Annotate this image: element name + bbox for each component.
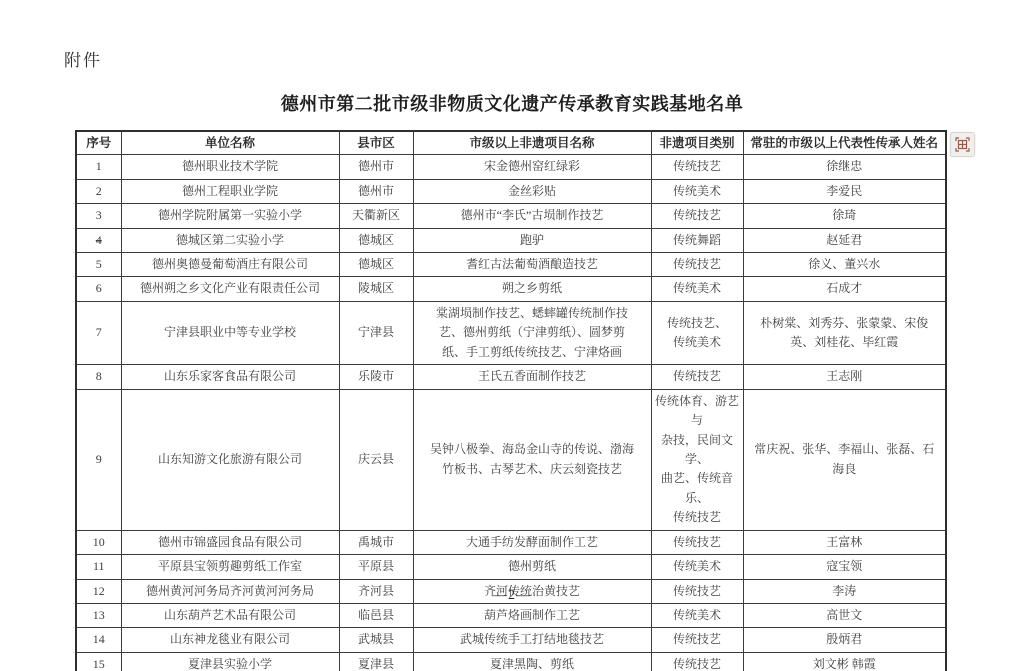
table-row: 2德州工程职业学院德州市金丝彩贴传统美术李爱民	[76, 179, 946, 203]
row-project-cell: 大通手纺发酵面制作工艺	[413, 530, 651, 554]
row-category-cell: 传统体育、游艺与 杂技，民间文学、 曲艺、传统音乐、 传统技艺	[651, 389, 743, 530]
row-category-cell: 传统技艺	[651, 652, 743, 671]
row-district-cell: 宁津县	[339, 301, 413, 364]
row-no-cell: 11	[76, 555, 121, 579]
row-district-cell: 武城县	[339, 628, 413, 652]
row-inheritors-cell: 徐继忠	[743, 155, 946, 179]
header-district: 县市区	[339, 131, 413, 155]
row-project-cell: 王氏五香面制作技艺	[413, 365, 651, 389]
document-page: 附件 德州市第二批市级非物质文化遗产传承教育实践基地名单 序号 单位名称 县市区…	[0, 0, 1024, 671]
row-inheritors-cell: 徐琦	[743, 204, 946, 228]
row-no-cell: 3	[76, 204, 121, 228]
table-row: 11平原县宝领剪趣剪纸工作室平原县德州剪纸传统美术寇宝领	[76, 555, 946, 579]
row-district-cell: 陵城区	[339, 277, 413, 301]
row-district-cell: 夏津县	[339, 652, 413, 671]
row-project-cell: 德州剪纸	[413, 555, 651, 579]
table-row: 10德州市锦盛园食品有限公司禹城市大通手纺发酵面制作工艺传统技艺王富林	[76, 530, 946, 554]
table-row: 15夏津县实验小学夏津县夏津黑陶、剪纸传统技艺刘文彬 韩霞	[76, 652, 946, 671]
row-no-cell: 5	[76, 253, 121, 277]
row-no-cell: 4	[76, 228, 121, 252]
row-category-cell: 传统技艺	[651, 530, 743, 554]
row-unit-cell: 德州工程职业学院	[121, 179, 339, 203]
row-inheritors-cell: 殷炳君	[743, 628, 946, 652]
row-district-cell: 德州市	[339, 179, 413, 203]
header-unit: 单位名称	[121, 131, 339, 155]
table-capture-icon	[955, 137, 970, 152]
table-row: 14山东神龙毯业有限公司武城县武城传统手工打结地毯技艺传统技艺殷炳君	[76, 628, 946, 652]
table-row: 1德州职业技术学院德州市宋金德州窑红绿彩传统技艺徐继忠	[76, 155, 946, 179]
row-inheritors-cell: 李爱民	[743, 179, 946, 203]
row-project-cell: 夏津黑陶、剪纸	[413, 652, 651, 671]
row-unit-cell: 山东神龙毯业有限公司	[121, 628, 339, 652]
attachment-label: 附件	[64, 46, 102, 71]
row-no-cell: 13	[76, 604, 121, 628]
row-category-cell: 传统技艺	[651, 628, 743, 652]
row-no-cell: 2	[76, 179, 121, 203]
row-inheritors-cell: 刘文彬 韩霞	[743, 652, 946, 671]
row-category-cell: 传统美术	[651, 555, 743, 579]
row-unit-cell: 山东乐家客食品有限公司	[121, 365, 339, 389]
table-row: 13山东葫芦艺术品有限公司临邑县葫芦烙画制作工艺传统美术高世文	[76, 604, 946, 628]
row-district-cell: 临邑县	[339, 604, 413, 628]
table-row: 7宁津县职业中等专业学校宁津县棠湖埙制作技艺、蟋蟀罐传统制作技 艺、德州剪纸（宁…	[76, 301, 946, 364]
row-project-cell: 朔之乡剪纸	[413, 277, 651, 301]
row-no-cell: 9	[76, 389, 121, 530]
row-district-cell: 天衢新区	[339, 204, 413, 228]
row-unit-cell: 山东葫芦艺术品有限公司	[121, 604, 339, 628]
row-project-cell: 德州市“李氏”古埙制作技艺	[413, 204, 651, 228]
row-district-cell: 庆云县	[339, 389, 413, 530]
row-category-cell: 传统美术	[651, 277, 743, 301]
table-row: 5德州奥德曼葡萄酒庄有限公司德城区耆红古法葡萄酒酿造技艺传统技艺徐义、董兴水	[76, 253, 946, 277]
table-row: 3德州学院附属第一实验小学天衢新区德州市“李氏”古埙制作技艺传统技艺徐琦	[76, 204, 946, 228]
row-category-cell: 传统技艺	[651, 155, 743, 179]
row-project-cell: 耆红古法葡萄酒酿造技艺	[413, 253, 651, 277]
row-project-cell: 金丝彩贴	[413, 179, 651, 203]
row-district-cell: 平原县	[339, 555, 413, 579]
table-row: 8山东乐家客食品有限公司乐陵市王氏五香面制作技艺传统技艺王志刚	[76, 365, 946, 389]
row-district-cell: 禹城市	[339, 530, 413, 554]
row-inheritors-cell: 赵延君	[743, 228, 946, 252]
header-project: 市级以上非遗项目名称	[413, 131, 651, 155]
table-header: 序号 单位名称 县市区 市级以上非遗项目名称 非遗项目类别 常驻的市级以上代表性…	[76, 131, 946, 155]
row-project-cell: 棠湖埙制作技艺、蟋蟀罐传统制作技 艺、德州剪纸（宁津剪纸）、圆梦剪 纸、手工剪纸…	[413, 301, 651, 364]
page-title: 德州市第二批市级非物质文化遗产传承教育实践基地名单	[0, 90, 1024, 116]
row-project-cell: 吴钟八极拳、海岛金山寺的传说、渤海 竹板书、古琴艺术、庆云刻瓷技艺	[413, 389, 651, 530]
row-district-cell: 德州市	[339, 155, 413, 179]
row-category-cell: 传统技艺、 传统美术	[651, 301, 743, 364]
row-district-cell: 德城区	[339, 253, 413, 277]
row-unit-cell: 山东知游文化旅游有限公司	[121, 389, 339, 530]
table-row: 6德州朔之乡文化产业有限责任公司陵城区朔之乡剪纸传统美术石成才	[76, 277, 946, 301]
row-no-cell: 14	[76, 628, 121, 652]
row-category-cell: 传统技艺	[651, 253, 743, 277]
header-inheritors: 常驻的市级以上代表性传承人姓名	[743, 131, 946, 155]
row-unit-cell: 德州职业技术学院	[121, 155, 339, 179]
row-category-cell: 传统技艺	[651, 204, 743, 228]
row-inheritors-cell: 高世文	[743, 604, 946, 628]
row-district-cell: 乐陵市	[339, 365, 413, 389]
header-row: 序号 单位名称 县市区 市级以上非遗项目名称 非遗项目类别 常驻的市级以上代表性…	[76, 131, 946, 155]
row-category-cell: 传统舞蹈	[651, 228, 743, 252]
row-category-cell: 传统技艺	[651, 365, 743, 389]
row-inheritors-cell: 常庆祝、张华、李福山、张磊、石 海良	[743, 389, 946, 530]
table-row: 9山东知游文化旅游有限公司庆云县吴钟八极拳、海岛金山寺的传说、渤海 竹板书、古琴…	[76, 389, 946, 530]
table-row: 4德城区第二实验小学德城区跑驴传统舞蹈赵延君	[76, 228, 946, 252]
row-no-cell: 10	[76, 530, 121, 554]
header-category: 非遗项目类别	[651, 131, 743, 155]
row-project-cell: 葫芦烙画制作工艺	[413, 604, 651, 628]
row-project-cell: 跑驴	[413, 228, 651, 252]
row-no-cell: 8	[76, 365, 121, 389]
row-unit-cell: 夏津县实验小学	[121, 652, 339, 671]
page-number: —2—	[0, 588, 1024, 604]
header-no: 序号	[76, 131, 121, 155]
row-inheritors-cell: 寇宝领	[743, 555, 946, 579]
row-unit-cell: 平原县宝领剪趣剪纸工作室	[121, 555, 339, 579]
row-project-cell: 宋金德州窑红绿彩	[413, 155, 651, 179]
row-unit-cell: 德州学院附属第一实验小学	[121, 204, 339, 228]
row-unit-cell: 德城区第二实验小学	[121, 228, 339, 252]
row-no-cell: 1	[76, 155, 121, 179]
row-no-cell: 7	[76, 301, 121, 364]
row-category-cell: 传统美术	[651, 179, 743, 203]
row-unit-cell: 德州市锦盛园食品有限公司	[121, 530, 339, 554]
row-category-cell: 传统美术	[651, 604, 743, 628]
row-unit-cell: 德州奥德曼葡萄酒庄有限公司	[121, 253, 339, 277]
row-unit-cell: 德州朔之乡文化产业有限责任公司	[121, 277, 339, 301]
row-inheritors-cell: 王志刚	[743, 365, 946, 389]
row-inheritors-cell: 朴树棠、刘秀芬、张蒙蒙、宋俊 英、刘桂花、毕红霞	[743, 301, 946, 364]
row-no-cell: 15	[76, 652, 121, 671]
row-no-cell: 6	[76, 277, 121, 301]
row-unit-cell: 宁津县职业中等专业学校	[121, 301, 339, 364]
row-inheritors-cell: 徐义、董兴水	[743, 253, 946, 277]
row-district-cell: 德城区	[339, 228, 413, 252]
row-inheritors-cell: 王富林	[743, 530, 946, 554]
table-capture-button[interactable]	[950, 132, 975, 157]
row-inheritors-cell: 石成才	[743, 277, 946, 301]
row-project-cell: 武城传统手工打结地毯技艺	[413, 628, 651, 652]
